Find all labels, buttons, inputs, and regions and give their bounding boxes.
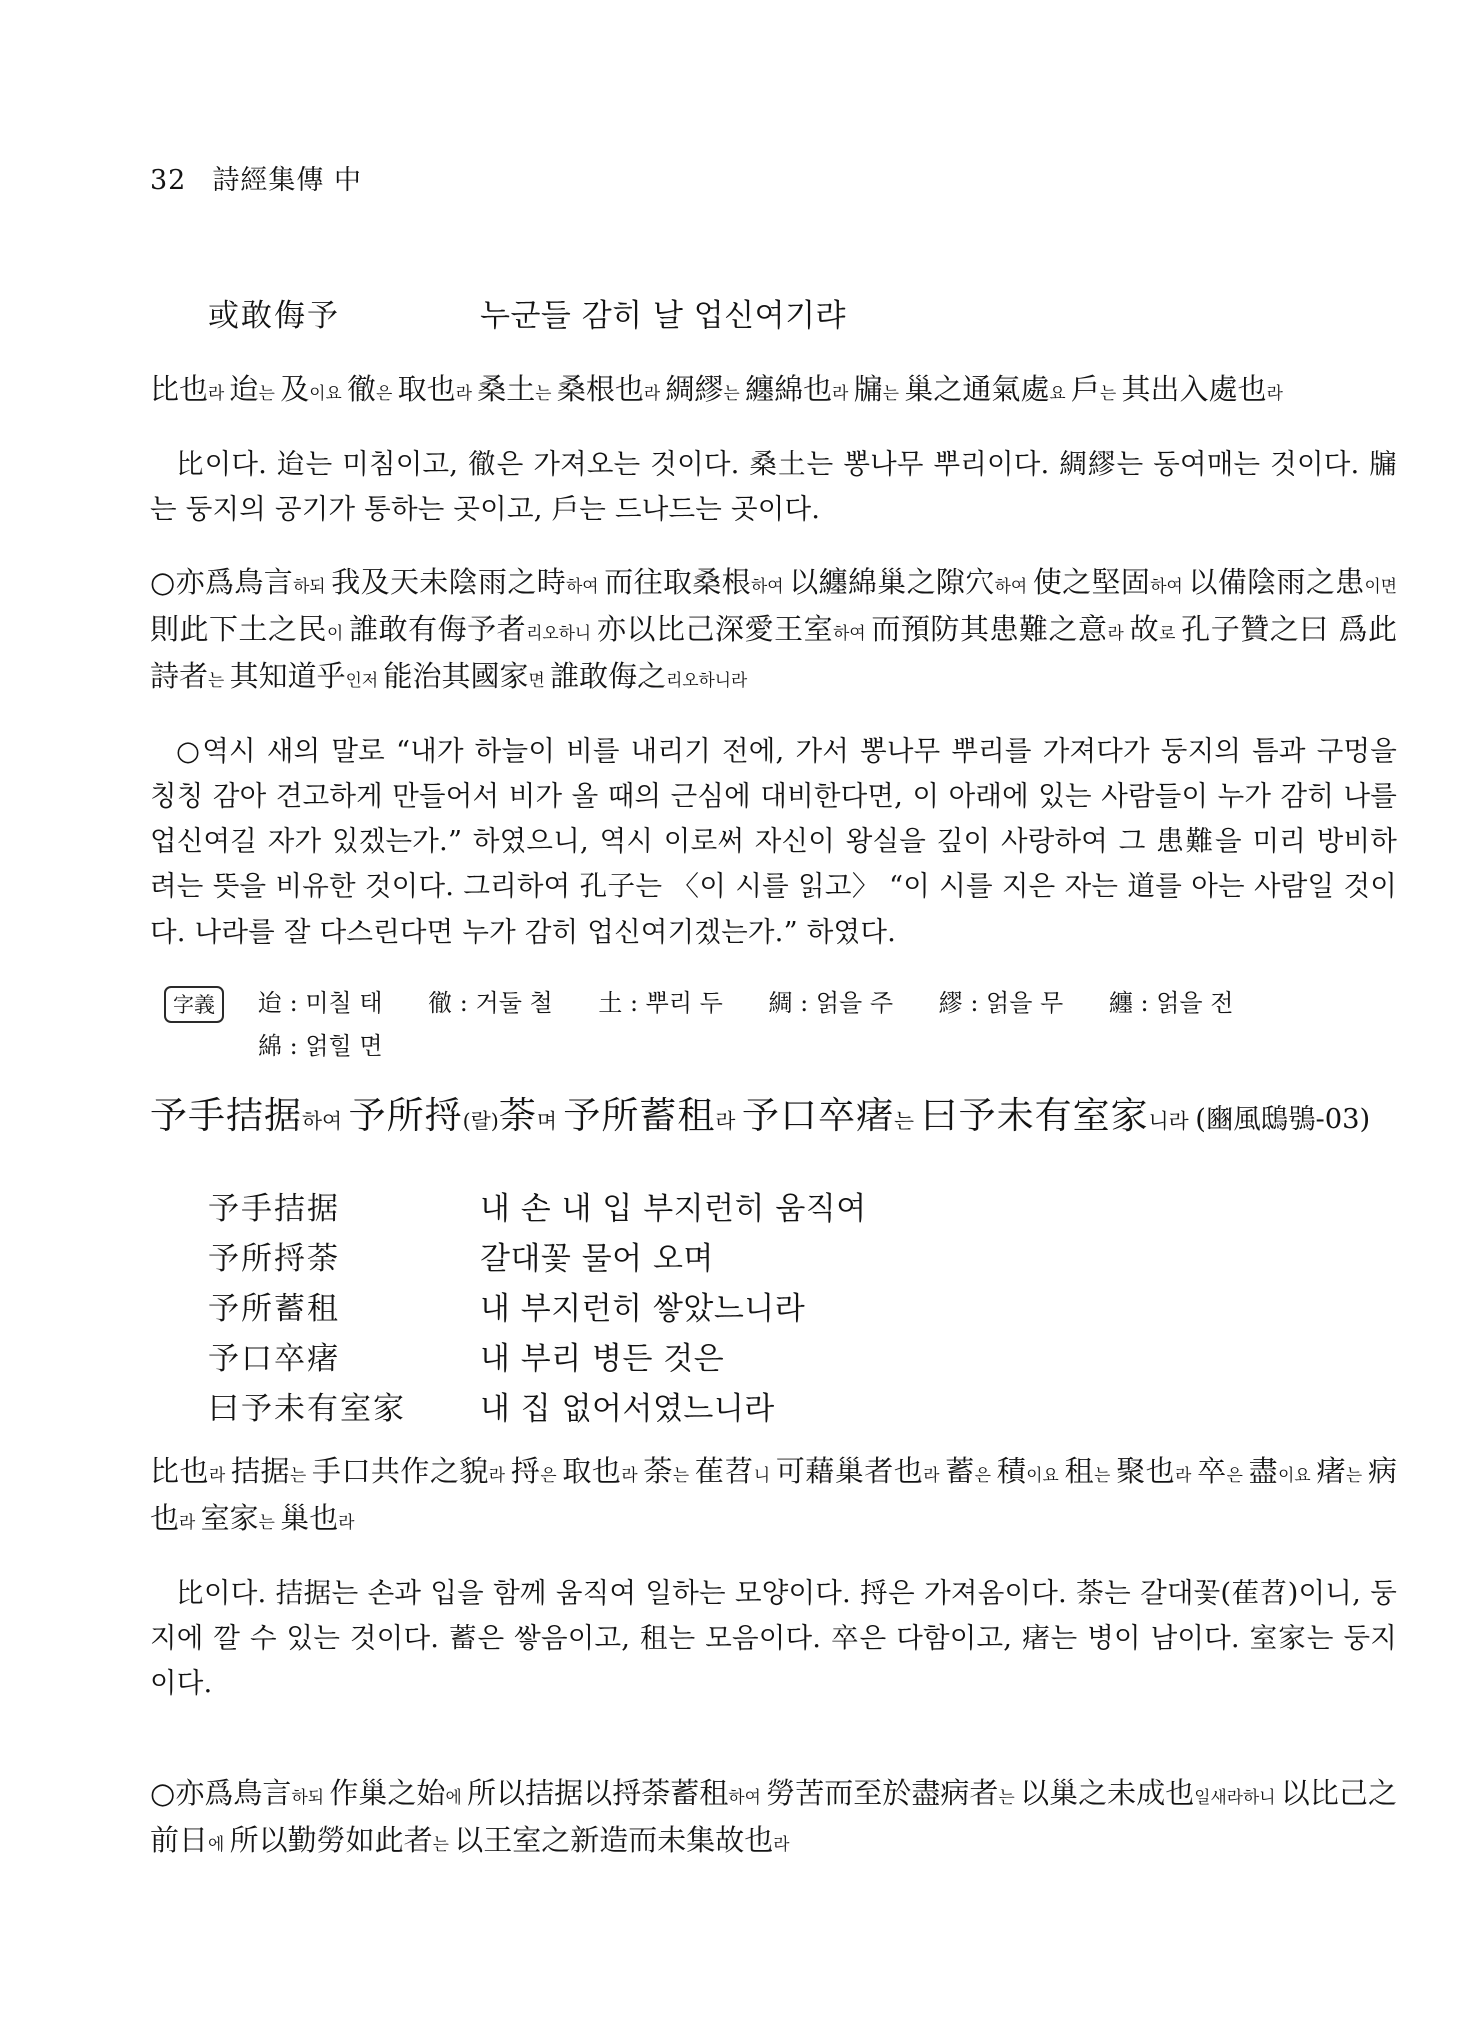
glossary-label-badge: 字義 [164,986,224,1023]
glossary-entry: 綢 : 얽을 주 [769,989,894,1017]
glossary-entry: 徹 : 거둘 철 [428,989,553,1017]
verse-heading-hanmun: 予手拮据하여 予所捋(랄)荼며 予所蓄租라 予口卒瘏는 曰予未有室家니라 (豳風… [150,1085,1397,1147]
couplet-korean: 내 손 내 입 부지런히 움직여 [480,1184,867,1234]
verse-line-top: 或敢侮予 누군들 감히 날 업신여기랴 [150,292,1397,342]
verse-couplet: 予手拮据 내 손 내 입 부지런히 움직여 [150,1184,1397,1234]
hanmun-commentary-2: 比也라 拮据는 手口共作之貌라 捋은 取也라 荼는 萑苕니 可藉巢者也라 蓄은 … [150,1448,1397,1542]
couplet-korean: 내 집 없어서였느니라 [480,1384,775,1434]
korean-translation-3: 比이다. 拮据는 손과 입을 함께 움직여 일하는 모양이다. 捋은 가져옴이다… [150,1571,1397,1706]
couplet-hanja: 予口卒瘏 [208,1334,480,1384]
hanmun-commentary-1: 比也라 迨는 及이요 徹은 取也라 桑土는 桑根也라 綢繆는 纏綿也라 牖는 巢… [150,366,1397,413]
glossary-block: 字義 迨 : 미칠 태 徹 : 거둘 철 土 : 뿌리 두 綢 : 얽을 주 繆… [150,982,1397,1068]
couplet-korean: 내 부리 병든 것은 [480,1334,724,1384]
couplet-hanja: 予所蓄租 [208,1284,480,1334]
glossary-line: 綿 : 얽힐 면 [258,1025,1271,1068]
couplet-korean: 내 부지런히 쌓았느니라 [480,1284,805,1334]
korean-translation-1: 比이다. 迨는 미침이고, 徹은 가져오는 것이다. 桑土는 뽕나무 뿌리이다.… [150,442,1397,532]
couplet-korean: 갈대꽃 물어 오며 [480,1234,714,1284]
glossary-entry: 纏 : 얽을 전 [1109,989,1234,1017]
hanmun-commentary-circle-1: ○亦爲鳥言하되 我及天未陰雨之時하여 而往取桑根하여 以纏綿巢之隙穴하여 使之堅… [150,559,1397,700]
page-number: 32 [150,165,186,196]
verse-korean-gloss: 누군들 감히 날 업신여기랴 [480,292,846,342]
glossary-entry: 繆 : 얽을 무 [939,989,1064,1017]
verse-couplet: 予所蓄租 내 부지런히 쌓았느니라 [150,1284,1397,1334]
verse-couplet: 予所捋荼 갈대꽃 물어 오며 [150,1234,1397,1284]
verse-couplet: 曰予未有室家 내 집 없어서였느니라 [150,1384,1397,1434]
running-header: 32詩經集傳 中 [150,158,1397,197]
glossary-entry: 土 : 뿌리 두 [598,989,723,1017]
verse-couplet: 予口卒瘏 내 부리 병든 것은 [150,1334,1397,1384]
glossary-entry: 綿 : 얽힐 면 [258,1032,383,1060]
glossary-entries: 迨 : 미칠 태 徹 : 거둘 철 土 : 뿌리 두 綢 : 얽을 주 繆 : … [258,982,1271,1068]
verse-hanja: 或敢侮予 [208,292,480,342]
couplet-hanja: 曰予未有室家 [208,1384,480,1434]
glossary-entry: 迨 : 미칠 태 [258,989,383,1017]
book-page: 32詩經集傳 中 或敢侮予 누군들 감히 날 업신여기랴 比也라 迨는 及이요 … [0,0,1481,2024]
glossary-line: 迨 : 미칠 태 徹 : 거둘 철 土 : 뿌리 두 綢 : 얽을 주 繆 : … [258,982,1271,1025]
book-title: 詩經集傳 中 [212,165,362,196]
korean-translation-2: ○역시 새의 말로 “내가 하늘이 비를 내리기 전에, 가서 뽕나무 뿌리를 … [150,729,1397,954]
couplet-hanja: 予手拮据 [208,1184,480,1234]
verse-couplet-list: 予手拮据 내 손 내 입 부지런히 움직여 予所捋荼 갈대꽃 물어 오며 予所蓄… [150,1184,1397,1434]
couplet-hanja: 予所捋荼 [208,1234,480,1284]
hanmun-commentary-circle-2: ○亦爲鳥言하되 作巢之始에 所以拮据以捋荼蓄租하여 勞苦而至於盡病者는 以巢之未… [150,1770,1397,1864]
